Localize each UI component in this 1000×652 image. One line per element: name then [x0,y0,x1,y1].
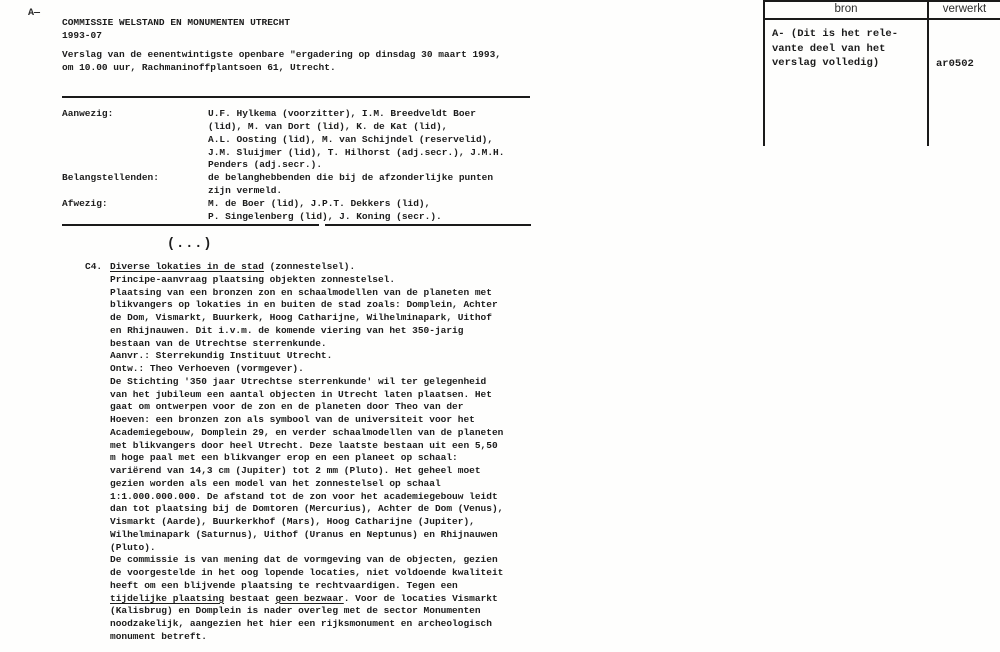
text-line: met blikvangers door heel Utrecht. Deze … [110,440,540,453]
text-line: zijn vermeld. [208,185,530,198]
text-line: dan tot plaatsing bij de Domtoren (Mercu… [110,503,540,516]
text-line: gezien worden als een model van het zonn… [110,478,540,491]
attendance-row: Belangstellenden:de belanghebbenden die … [62,172,530,198]
attendance-row: Afwezig:M. de Boer (lid), J.P.T. Dekkers… [62,198,530,224]
document-header: COMMISSIE WELSTAND EN MONUMENTEN UTRECHT… [62,16,290,42]
text-line: monument betreft. [110,631,540,644]
rule-segment-left [62,224,319,226]
text-line: De commissie is van mening dat de vormge… [110,554,540,567]
report-number: 1993-07 [62,29,290,42]
text-line: P. Singelenberg (lid), J. Koning (secr.)… [208,211,530,224]
text-line: de Dom, Vismarkt, Buurkerk, Hoog Cathari… [110,312,540,325]
text-line: M. de Boer (lid), J.P.T. Dekkers (lid), [208,198,530,211]
text-line: Ontw.: Theo Verhoeven (vormgever). [110,363,540,376]
text-line: Verslag van de eenentwintigste openbare … [62,48,501,61]
text-line: gaat om ontwerpen voor de zon en de plan… [110,401,540,414]
text-line: en Rhijnauwen. Dit i.v.m. de komende vie… [110,325,540,338]
text-line: blikvangers op lokaties in en buiten de … [110,299,540,312]
text-line: Hoeven: een bronzen zon als symbool van … [110,414,540,427]
attendance-names: U.F. Hylkema (voorzitter), I.M. Breedvel… [208,108,530,172]
text-line: (Kalisbrug) en Domplein is nader overleg… [110,605,540,618]
stamp-header-bron: bron [763,2,929,18]
text-line: de voorgestelde in het oog lopende locat… [110,567,540,580]
text-line: Vismarkt (Aarde), Buurkerkhof (Mars), Ho… [110,516,540,529]
meeting-intro: Verslag van de eenentwintigste openbare … [62,48,501,74]
stamp-bron-note: A- (Dit is het rele-vante deel van hetve… [763,20,929,146]
text-line: (Pluto). [110,542,540,555]
attendance-names: M. de Boer (lid), J.P.T. Dekkers (lid),P… [208,198,530,224]
attendance-row: Aanwezig:U.F. Hylkema (voorzitter), I.M.… [62,108,530,172]
text-line: om 10.00 uur, Rachmaninoffplantsoen 61, … [62,61,501,74]
text-line: verslag volledig) [772,56,923,71]
corner-annotation: A— [28,8,40,19]
text-line: A.L. Oosting (lid), M. van Schijndel (re… [208,134,530,147]
text-line: Diverse lokaties in de stad (zonnestelse… [110,261,540,274]
text-line: noodzakelijk, aangezien het hier een rij… [110,618,540,631]
text-line: U.F. Hylkema (voorzitter), I.M. Breedvel… [208,108,530,121]
stamp-header-verwerkt: verwerkt [929,2,1000,18]
attendance-section: Aanwezig:U.F. Hylkema (voorzitter), I.M.… [62,108,530,224]
horizontal-rule-top [62,96,530,98]
text-line: Academiegebouw, Domplein 29, en verder s… [110,427,540,440]
attendance-label: Afwezig: [62,198,208,211]
text-line: 1:1.000.000.000. De afstand tot de zon v… [110,491,540,504]
text-line: heeft om een blijvende plaatsing te rech… [110,580,540,593]
text-line: Wilhelminapark (Saturnus), Uithof (Uranu… [110,529,540,542]
text-line: m hoge paal met een blikvanger erop en e… [110,452,540,465]
scanned-document-page: A— bron verwerkt A- (Dit is het rele-van… [0,0,1000,652]
attendance-label: Aanwezig: [62,108,208,121]
text-line: J.M. Sluijmer (lid), T. Hilhorst (adj.se… [208,147,530,160]
agenda-item-number: C4. [85,261,102,274]
omission-mark: (...) [167,237,213,252]
text-line: Plaatsing van een bronzen zon en schaalm… [110,287,540,300]
horizontal-rule-bottom [62,224,531,226]
text-line: bestaan van de Utrechtse sterrenkunde. [110,338,540,351]
text-line: variërend van 14,3 cm (Jupiter) tot 2 mm… [110,465,540,478]
committee-title: COMMISSIE WELSTAND EN MONUMENTEN UTRECHT [62,16,290,29]
attendance-names: de belanghebbenden die bij de afzonderli… [208,172,530,198]
archive-stamp-table: bron verwerkt A- (Dit is het rele-vante … [763,0,1000,146]
attendance-label: Belangstellenden: [62,172,208,185]
text-line: de belanghebbenden die bij de afzonderli… [208,172,530,185]
text-line: Principe-aanvraag plaatsing objekten zon… [110,274,540,287]
text-line: vante deel van het [772,42,923,57]
text-line: tijdelijke plaatsing bestaat geen bezwaa… [110,593,540,606]
rule-segment-right [325,224,531,226]
stamp-verwerkt-code: ar0502 [929,20,1000,146]
agenda-item-text: Diverse lokaties in de stad (zonnestelse… [110,261,540,644]
text-line: De Stichting '350 jaar Utrechtse sterren… [110,376,540,389]
text-line: Aanvr.: Sterrekundig Instituut Utrecht. [110,350,540,363]
stamp-table-body-row: A- (Dit is het rele-vante deel van hetve… [763,20,1000,146]
text-line: A- (Dit is het rele- [772,27,923,42]
text-line: Penders (adj.secr.). [208,159,530,172]
stamp-table-header-row: bron verwerkt [763,2,1000,20]
text-line: (lid), M. van Dort (lid), K. de Kat (lid… [208,121,530,134]
text-line: van het jubileum een aantal objecten in … [110,389,540,402]
